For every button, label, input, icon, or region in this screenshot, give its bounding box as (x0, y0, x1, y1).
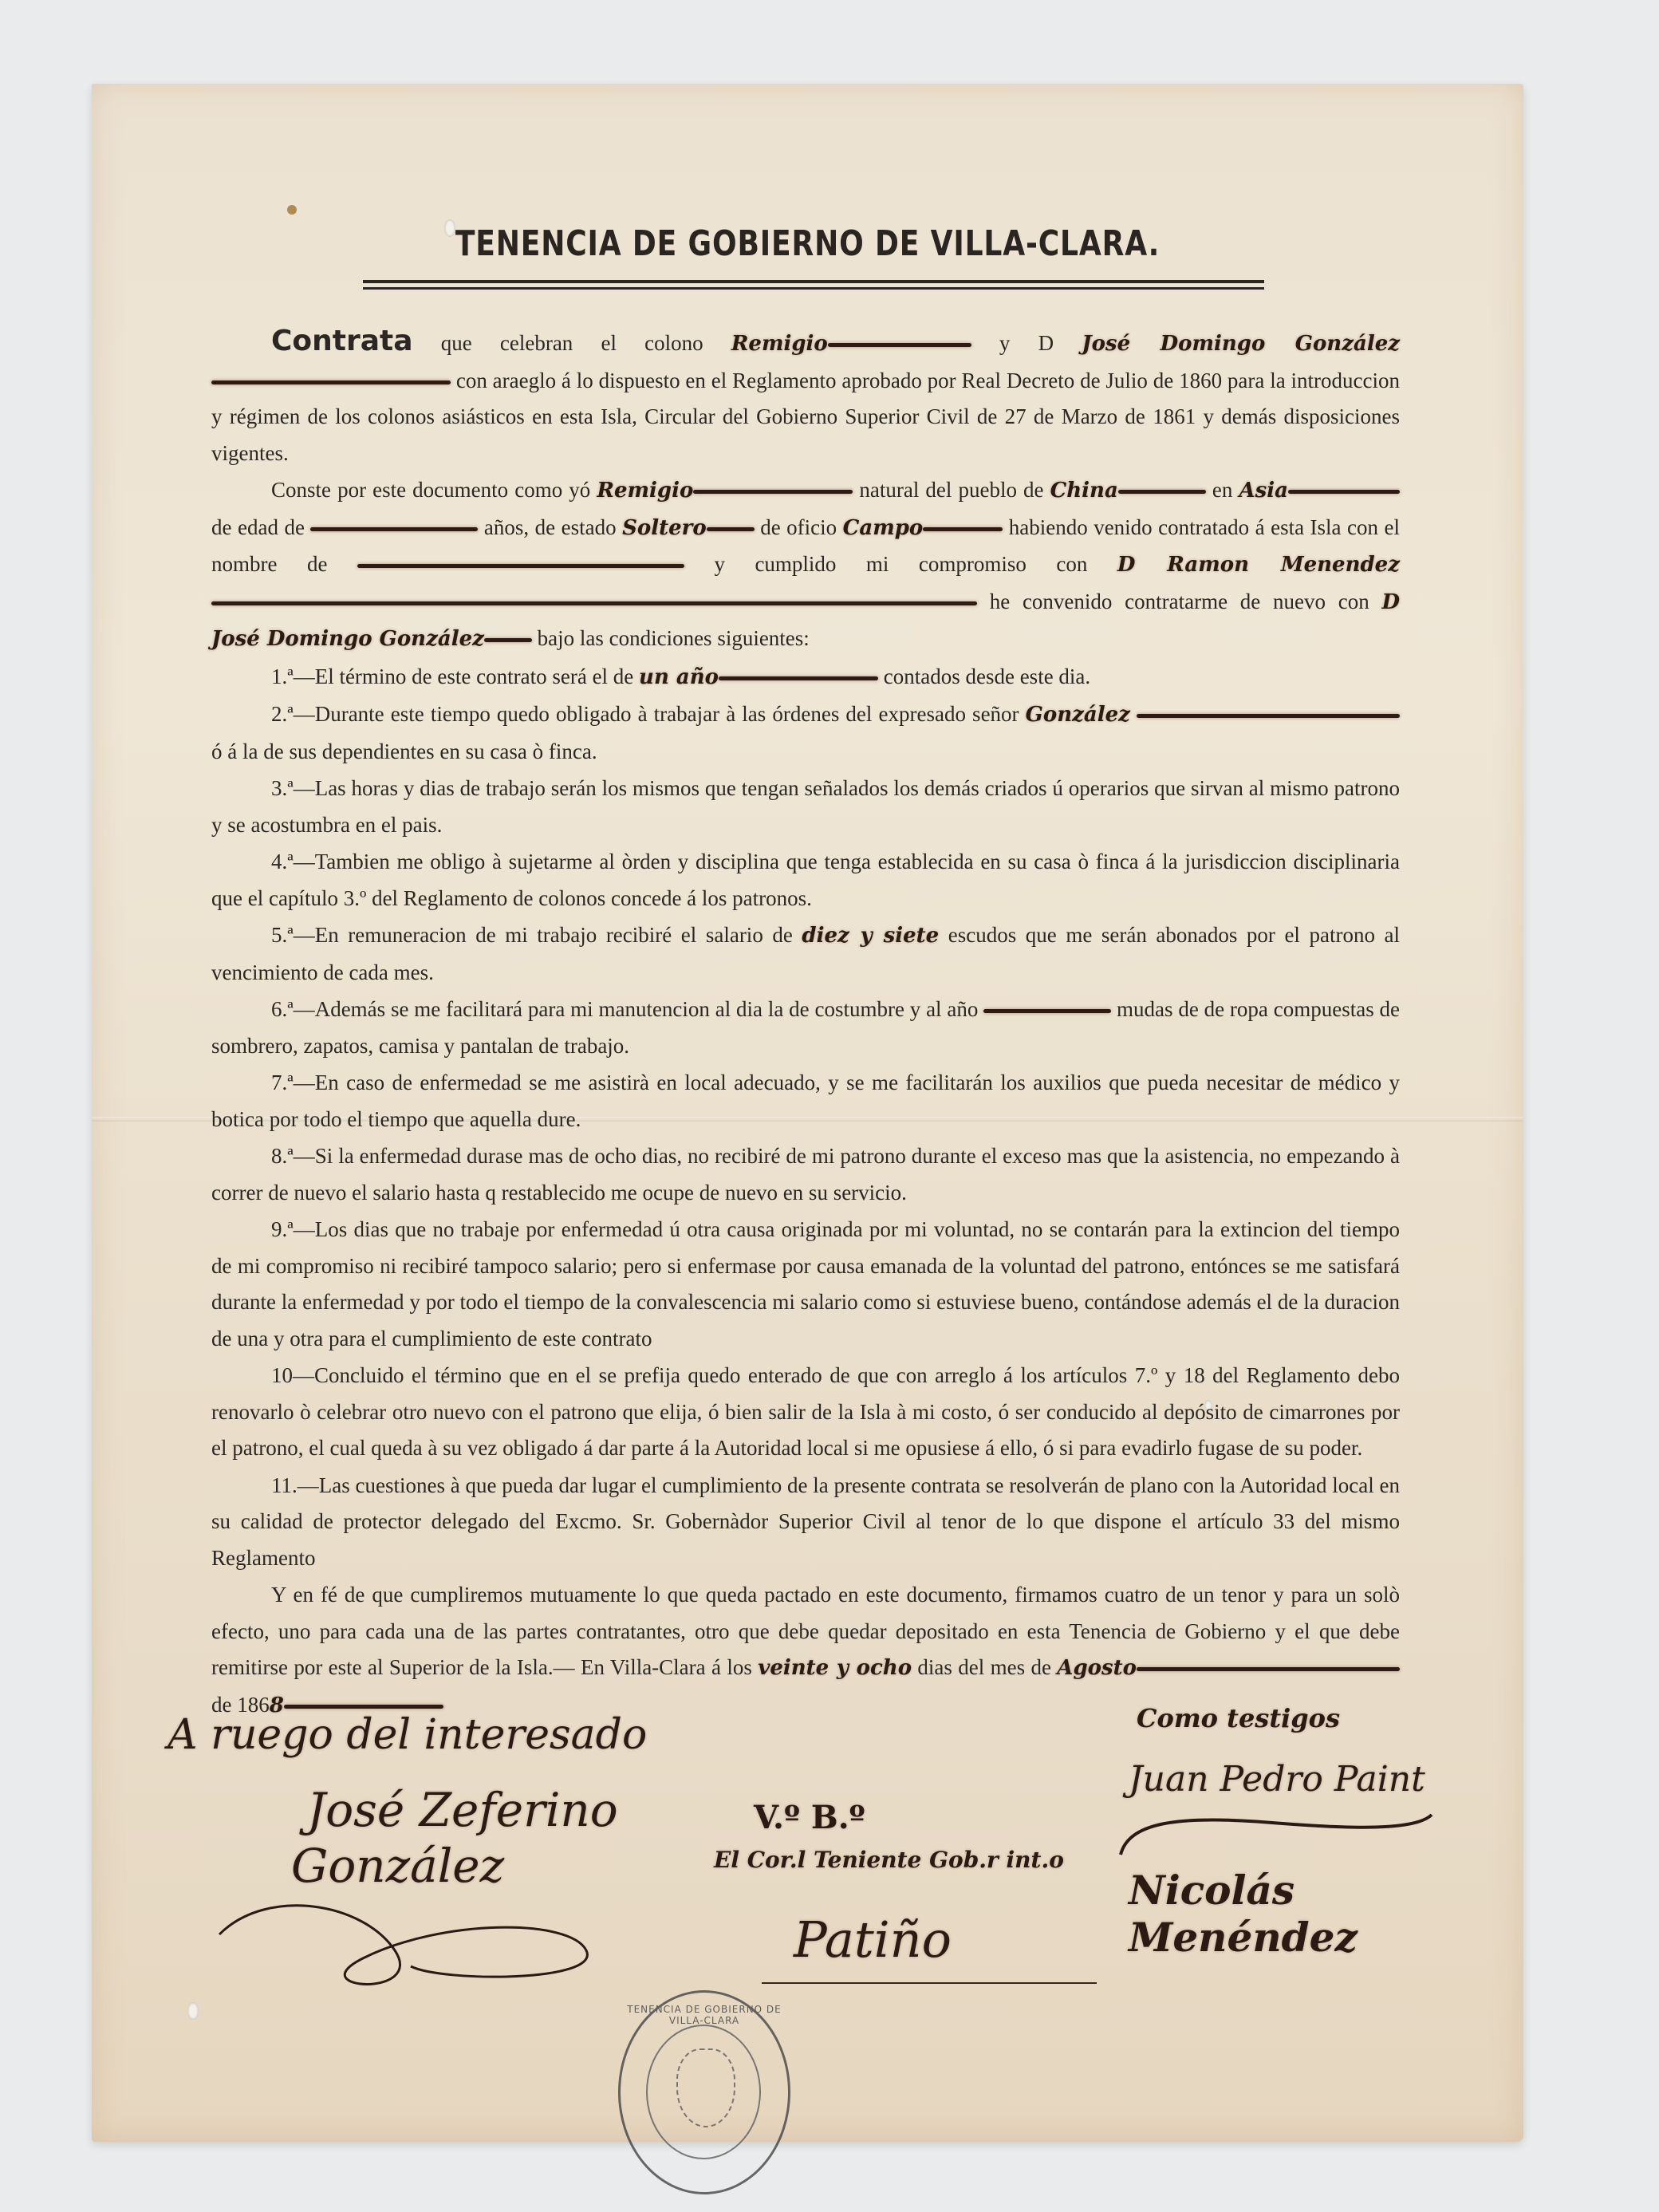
month-field: Agosto (1057, 1656, 1137, 1680)
conste-text: en (1206, 478, 1239, 502)
clause-text: Las cuestiones à que pueda dar lugar el … (211, 1473, 1400, 1570)
clause-6: 6.ª—Además se me facilitará para mi manu… (211, 992, 1400, 1064)
clause-text: Además se me facilitará para mi manutenc… (315, 997, 983, 1021)
clause-text: contados desde este dia. (878, 664, 1090, 688)
patron-signature-line2: González (291, 1839, 504, 1893)
conste-paragraph: Conste por este documento como yó Remigi… (211, 472, 1400, 658)
clause-number: 7.ª— (271, 1071, 315, 1094)
signature-underline (762, 1982, 1097, 1984)
clause-text: Si la enfermedad durase mas de ocho dias… (211, 1144, 1400, 1205)
blank-line (828, 343, 971, 347)
oficio-field: Campo (843, 516, 924, 540)
clause-number: 6.ª— (271, 997, 315, 1021)
clause-number: 3.ª— (271, 776, 315, 800)
clause-text: Los dias que no trabaje por enfermedad ú… (211, 1217, 1400, 1350)
clause-text: Durante este tiempo quedo obligado à tra… (315, 702, 1026, 726)
clause-number: 10— (271, 1363, 314, 1387)
document-page: TENENCIA DE GOBIERNO DE VILLA-CLARA. Con… (92, 84, 1523, 2142)
clause-8: 8.ª—Si la enfermedad durase mas de ocho … (211, 1138, 1400, 1211)
clause-number: 11.— (271, 1473, 319, 1497)
clause-text: Tambien me obligo à sujetarme al òrden y… (211, 850, 1400, 910)
clause-2: 2.ª—Durante este tiempo quedo obligado à… (211, 696, 1400, 770)
paper-spot (287, 205, 297, 215)
blank-line (707, 527, 755, 531)
clause-number: 4.ª— (271, 850, 315, 873)
blank-line (211, 380, 451, 384)
intro-text: y D (971, 331, 1082, 355)
colono-name-field: Remigio (731, 332, 828, 356)
conste-text: años, de estado (478, 515, 622, 539)
clause-number: 1.ª— (271, 664, 315, 688)
blank-line (693, 490, 853, 494)
seal-text: TENENCIA DE GOBIERNO DE VILLA-CLARA (621, 2004, 788, 2026)
conste-text: de oficio (755, 515, 843, 539)
blank-line (284, 1705, 443, 1709)
blank-line (1137, 1667, 1400, 1671)
contrata-label: Contrata (271, 325, 413, 357)
closing-text: dias del mes de (912, 1655, 1057, 1679)
signature-flourish-icon (203, 1887, 618, 1998)
blank-line (923, 527, 1003, 531)
clause-text: Las horas y dias de trabajo serán los mi… (211, 776, 1400, 837)
witness-2-signature: Nicolás Menéndez (1129, 1867, 1523, 1961)
estado-field: Soltero (622, 516, 707, 540)
clause-5: 5.ª—En remuneracion de mi trabajo recibi… (211, 917, 1400, 991)
closing-paragraph: Y en fé de que cumpliremos mutuamente lo… (211, 1577, 1400, 1724)
blank-line (211, 601, 977, 605)
document-title: TENENCIA DE GOBIERNO DE VILLA-CLARA. (221, 223, 1395, 264)
clause-text: ó á la de sus dependientes en su casa ò … (211, 739, 597, 763)
blank-line (1288, 490, 1400, 494)
clause-10: 10—Concluido el término que en el se pre… (211, 1358, 1400, 1467)
conste-text: natural del pueblo de (853, 478, 1050, 502)
salary-field: diez y siete (802, 924, 939, 948)
conste-text: bajo las condiciones siguientes: (532, 626, 810, 650)
clause-7: 7.ª—En caso de enfermedad se me asistirà… (211, 1065, 1400, 1138)
name-field: Remigio (597, 479, 693, 503)
clause-number: 9.ª— (271, 1217, 315, 1241)
clause-11: 11.—Las cuestiones à que pueda dar lugar… (211, 1468, 1400, 1577)
clause-number: 5.ª— (271, 923, 315, 947)
conste-text: de edad de (211, 515, 310, 539)
government-seal: TENENCIA DE GOBIERNO DE VILLA-CLARA (618, 1990, 790, 2194)
punch-hole (187, 2002, 199, 2020)
previous-patron-field: D Ramon Menendez (1117, 553, 1400, 577)
mudas-blank-field (983, 1009, 1111, 1013)
conste-text: he convenido contratarme de nuevo con (977, 589, 1381, 613)
clause-4: 4.ª—Tambien me obligo à sujetarme al òrd… (211, 844, 1400, 917)
clause-text: El término de este contrato será el de (315, 664, 639, 688)
conste-text: Conste por este documento como yó (271, 478, 597, 502)
contract-body: Contrata que celebran el colono Remigio … (211, 323, 1400, 1725)
clause-1: 1.ª—El término de este contrato será el … (211, 659, 1400, 696)
prior-name-blank-field (357, 564, 684, 568)
region-field: Asia (1239, 479, 1288, 503)
title-rule (363, 280, 1264, 290)
visto-bueno: V.º B.º (754, 1799, 865, 1836)
term-field: un año (639, 665, 719, 689)
day-field: veinte y ocho (758, 1656, 912, 1680)
clause-number: 8.ª— (271, 1144, 315, 1168)
patron-surname-field: González (1026, 703, 1130, 727)
clause-number: 2.ª— (271, 702, 315, 726)
official-title: El Cor.l Teniente Gob.r int.o (714, 1847, 1064, 1873)
age-blank-field (310, 527, 478, 531)
official-signature: Patiño (794, 1910, 952, 1969)
patron-signature-line1: José Zeferino (307, 1783, 618, 1837)
clause-text: En remuneracion de mi trabajo recibiré e… (315, 923, 802, 947)
blank-line (719, 676, 878, 680)
ruego-signature: A ruego del interesado (167, 1711, 647, 1759)
clause-text: En caso de enfermedad se me asistirà en … (211, 1071, 1400, 1131)
witness-1-signature: Juan Pedro Paint (1129, 1759, 1425, 1800)
crown-crest-icon (676, 2048, 735, 2127)
clause-9: 9.ª—Los dias que no trabaje por enfermed… (211, 1212, 1400, 1357)
clause-text: Concluido el término que en el se prefij… (211, 1363, 1400, 1460)
intro-paragraph: Contrata que celebran el colono Remigio … (211, 323, 1400, 471)
blank-line (1137, 714, 1400, 718)
intro-text: que celebran el colono (413, 331, 731, 355)
witness-label: Como testigos (1137, 1703, 1340, 1733)
conste-text: y cumplido mi compromiso con (684, 552, 1117, 576)
clause-3: 3.ª—Las horas y dias de trabajo serán lo… (211, 771, 1400, 843)
blank-line (484, 638, 532, 642)
patron-name-field: José Domingo González (1082, 332, 1400, 356)
blank-line (1118, 490, 1206, 494)
witness-flourish-icon (1113, 1807, 1448, 1863)
pueblo-field: China (1050, 479, 1118, 503)
